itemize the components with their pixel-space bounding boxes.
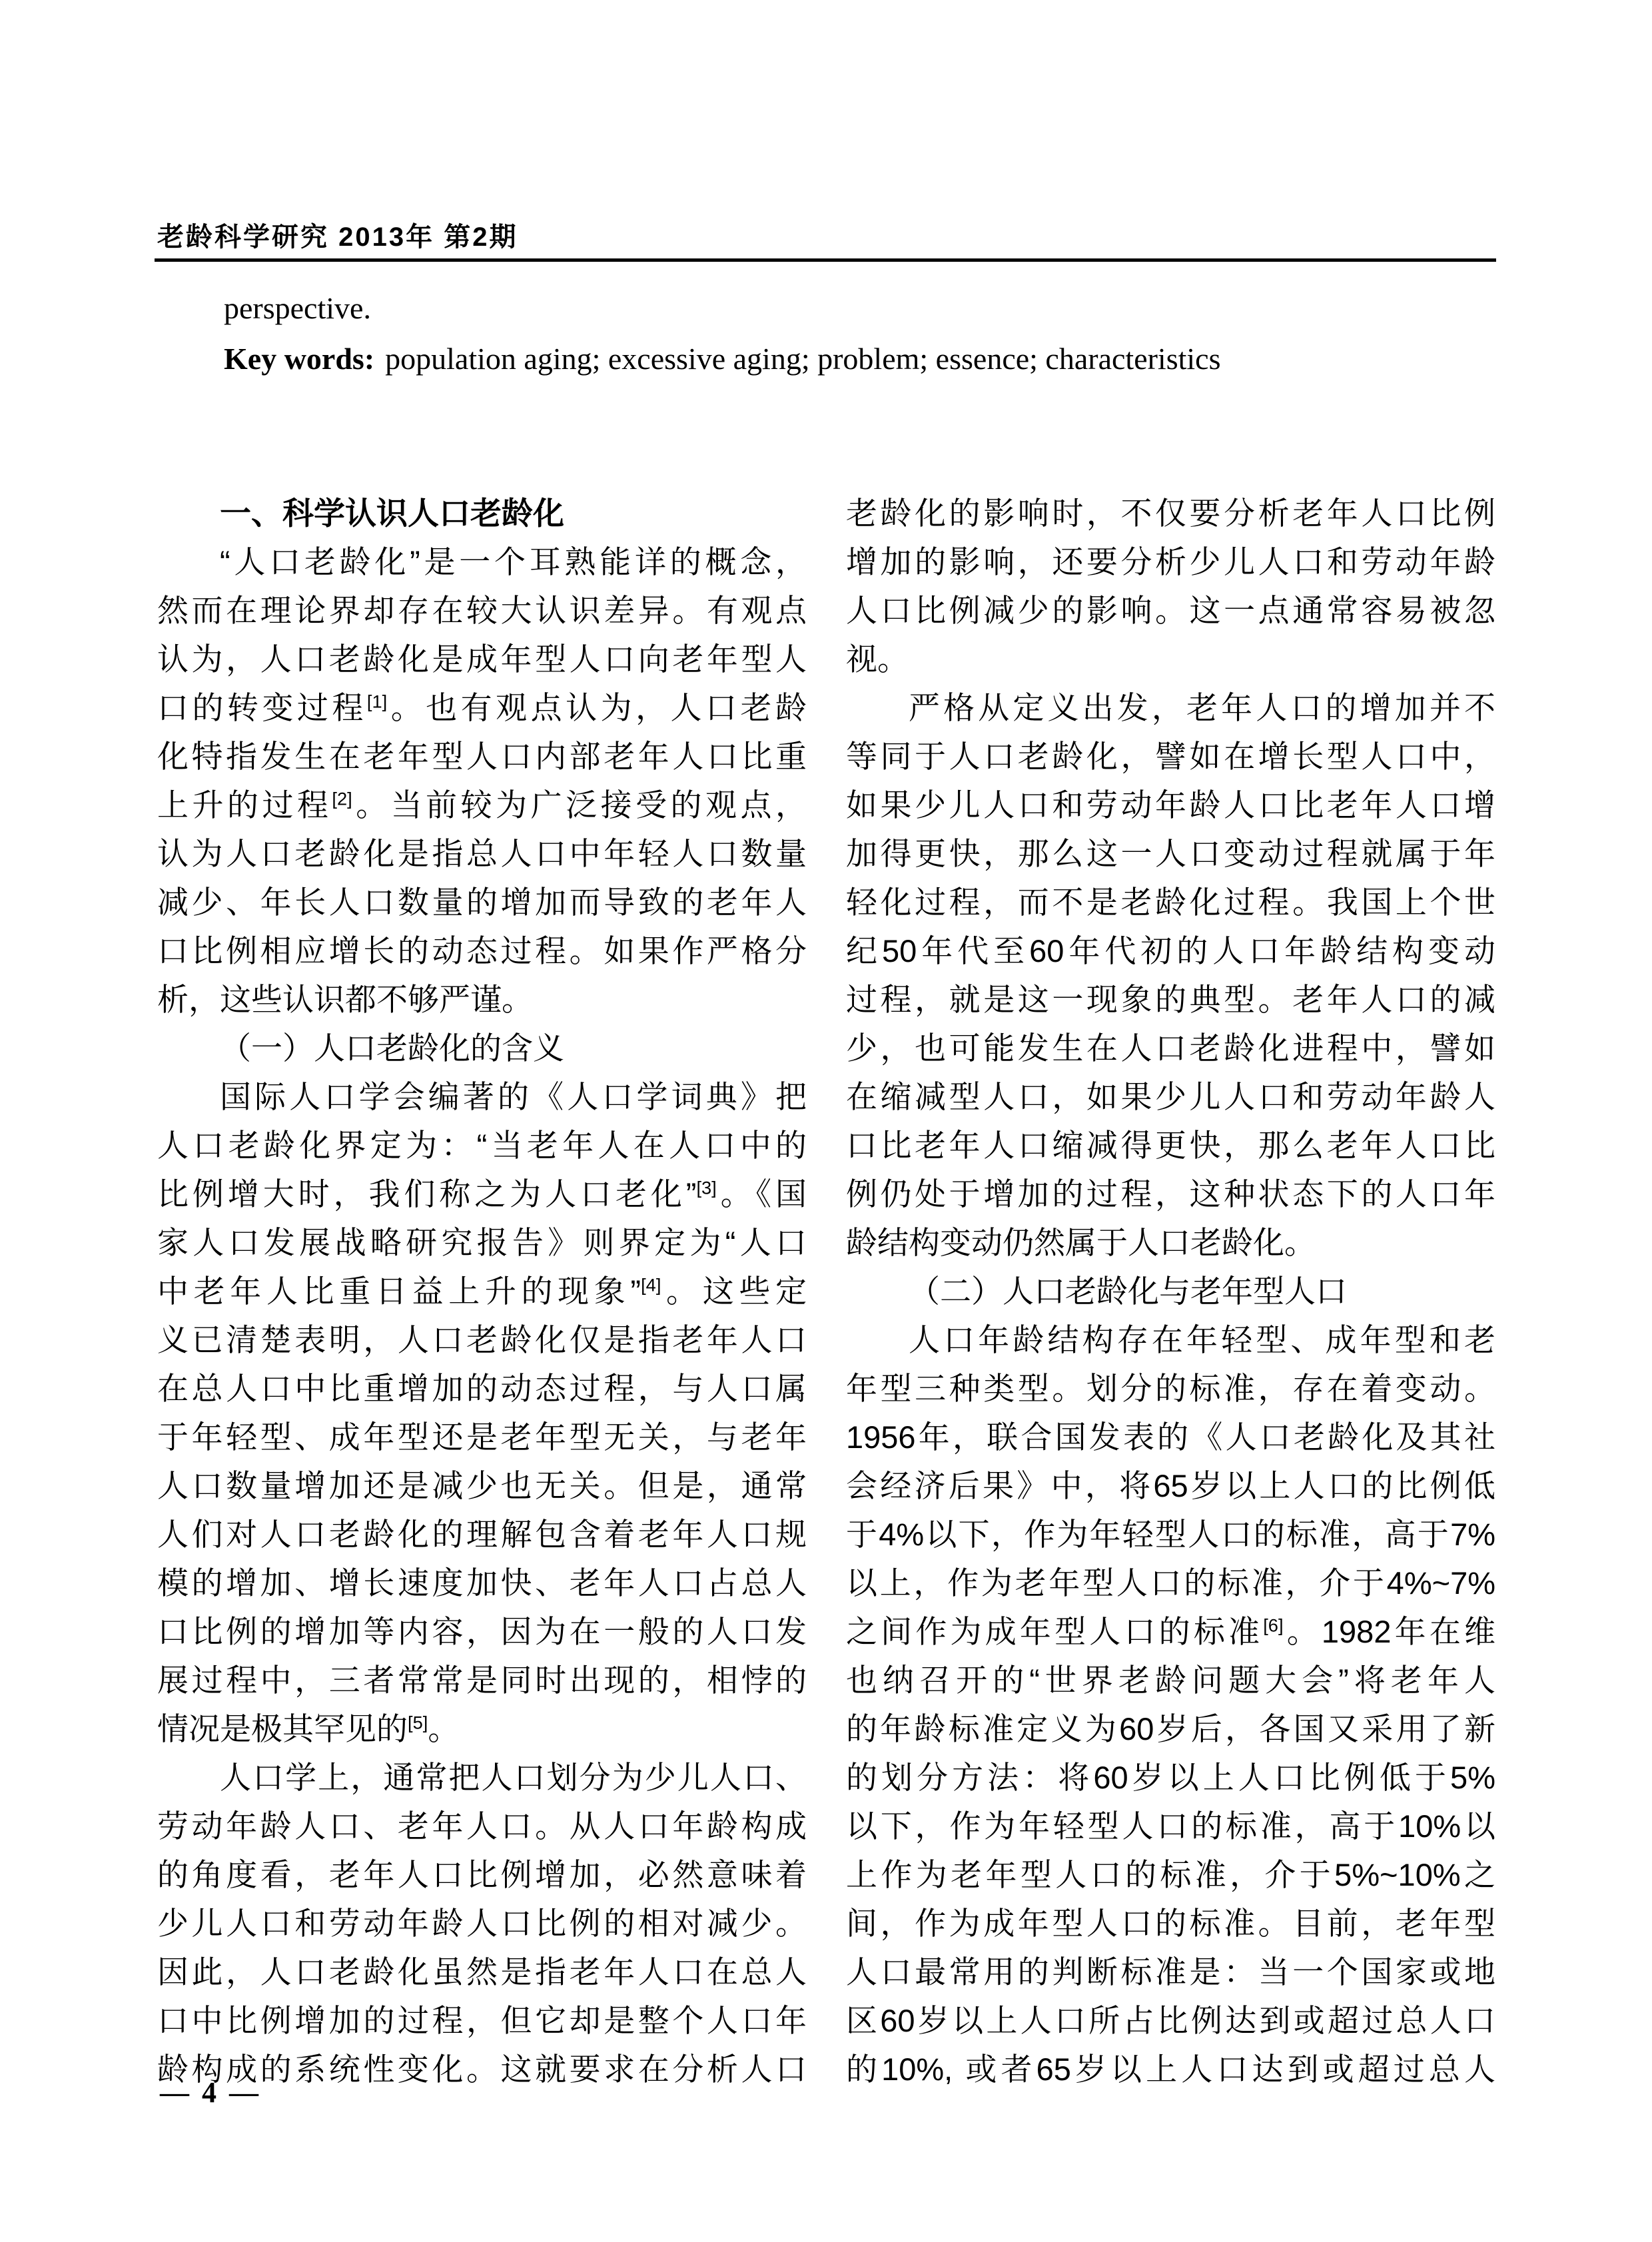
text-line: 减少、年长人口数量的增加而导致的老年人 (157, 878, 807, 927)
text-line: 展过程中，三者常常是同时出现的，相悖的 (157, 1656, 807, 1704)
keywords-line: Key words:population aging; excessive ag… (224, 341, 1221, 376)
text-line: 口中比例增加的过程，但它却是整个人口年 (157, 1996, 807, 2045)
text-line: 析，这些认识都不够严谨。 (157, 975, 807, 1024)
text-line: 情况是极其罕见的[5]。 (157, 1704, 807, 1753)
text-line: 增加的影响，还要分析少儿人口和劳动年龄 (846, 538, 1495, 586)
text-line: 龄结构变动仍然属于人口老龄化。 (846, 1218, 1495, 1267)
text-line: 劳动年龄人口、老年人口。从人口年龄构成 (157, 1802, 807, 1850)
text-line: 的角度看，老年人口比例增加，必然意味着 (157, 1850, 807, 1899)
text-line: 人们对人口老龄化的理解包含着老年人口规 (157, 1510, 807, 1559)
text-line: 老龄化的影响时，不仅要分析老年人口比例 (846, 489, 1495, 538)
text-line: 口的转变过程[1]。也有观点认为，人口老龄 (157, 683, 807, 732)
text-line: 轻化过程，而不是老龄化过程。我国上个世 (846, 878, 1495, 927)
text-line: 在总人口中比重增加的动态过程，与人口属 (157, 1364, 807, 1413)
text-line: 口比老年人口缩减得更快，那么老年人口比 (846, 1121, 1495, 1170)
text-line: 认为人口老龄化是指总人口中年轻人口数量 (157, 829, 807, 878)
text-line: 如果少儿人口和劳动年龄人口比老年人口增 (846, 781, 1495, 829)
subsection-heading: （二）人口老龄化与老年型人口 (846, 1267, 1495, 1315)
text-line: 模的增加、增长速度加快、老年人口占总人 (157, 1559, 807, 1607)
text-line: 口比例相应增长的动态过程。如果作严格分 (157, 927, 807, 975)
text-line: 因此，人口老龄化虽然是指老年人口在总人 (157, 1948, 807, 1996)
keywords-label: Key words: (224, 342, 374, 376)
text-line: 义已清楚表明，人口老龄化仅是指老年人口 (157, 1315, 807, 1364)
text-line: 也纳召开的“世界老龄问题大会”将老年人 (846, 1656, 1495, 1704)
text-line: 的10%, 或者65岁以上人口达到或超过总人 (846, 2045, 1495, 2093)
footnote-marker: [1] (367, 691, 387, 711)
text-line: 少儿人口和劳动年龄人口比例的相对减少。 (157, 1899, 807, 1948)
text-line: 于4%以下，作为年轻型人口的标准，高于7% (846, 1510, 1495, 1559)
text-line: 年型三种类型。划分的标准，存在着变动。 (846, 1364, 1495, 1413)
subsection-heading: （一）人口老龄化的含义 (157, 1024, 807, 1072)
text-line: “人口老龄化”是一个耳熟能详的概念， (157, 538, 807, 586)
text-line: 人口年龄结构存在年轻型、成年型和老 (846, 1315, 1495, 1364)
footnote-marker: [2] (332, 788, 352, 809)
text-line: 的年龄标准定义为60岁后，各国又采用了新 (846, 1704, 1495, 1753)
text-line: 严格从定义出发，老年人口的增加并不 (846, 683, 1495, 732)
footnote-marker: [3] (696, 1177, 716, 1198)
text-line: 于年轻型、成年型还是老年型无关，与老年 (157, 1413, 807, 1461)
text-line: 上作为老年型人口的标准，介于5%~10%之 (846, 1850, 1495, 1899)
text-line: 以下，作为年轻型人口的标准，高于10%以 (846, 1802, 1495, 1850)
text-line: 人口数量增加还是减少也无关。但是，通常 (157, 1461, 807, 1510)
text-line: 中老年人比重日益上升的现象”[4]。这些定 (157, 1267, 807, 1315)
text-line: 比例增大时，我们称之为人口老化”[3]。《国 (157, 1170, 807, 1218)
text-line: 人口老龄化界定为：“当老年人在人口中的 (157, 1121, 807, 1170)
text-line: 少，也可能发生在人口老龄化进程中，譬如 (846, 1024, 1495, 1072)
text-line: 之间作为成年型人口的标准[6]。1982年在维 (846, 1607, 1495, 1656)
abstract-continuation: perspective. (224, 290, 371, 326)
text-line: 1956年，联合国发表的《人口老龄化及其社 (846, 1413, 1495, 1461)
text-line: 然而在理论界却存在较大认识差异。有观点 (157, 586, 807, 635)
text-line: 家人口发展战略研究报告》则界定为“人口 (157, 1218, 807, 1267)
keywords-text: population aging; excessive aging; probl… (385, 342, 1220, 376)
text-line: 间，作为成年型人口的标准。目前，老年型 (846, 1899, 1495, 1948)
text-line: 会经济后果》中，将65岁以上人口的比例低 (846, 1461, 1495, 1510)
text-line: 等同于人口老龄化，譬如在增长型人口中， (846, 732, 1495, 781)
header-rule (155, 258, 1496, 262)
text-line: 视。 (846, 635, 1495, 683)
page: 老龄科学研究 2013年 第2期 perspective. Key words:… (0, 0, 1652, 2242)
text-line: 口比例的增加等内容，因为在一般的人口发 (157, 1607, 807, 1656)
text-line: 纪50年代至60年代初的人口年龄结构变动 (846, 927, 1495, 975)
text-line: 人口学上，通常把人口划分为少儿人口、 (157, 1753, 807, 1802)
page-number: — 4 — (160, 2075, 261, 2109)
text-line: 人口最常用的判断标准是：当一个国家或地 (846, 1948, 1495, 1996)
text-line: 化特指发生在老年型人口内部老年人口比重 (157, 732, 807, 781)
journal-header-text: 老龄科学研究 2013年 第2期 (157, 216, 518, 254)
text-line: 以上，作为老年型人口的标准，介于4%~7% (846, 1559, 1495, 1607)
text-line: 过程，就是这一现象的典型。老年人口的减 (846, 975, 1495, 1024)
left-column: 一、科学认识人口老龄化“人口老龄化”是一个耳熟能详的概念，然而在理论界却存在较大… (157, 489, 807, 2093)
footnote-marker: [5] (408, 1712, 428, 1732)
text-line: 上升的过程[2]。当前较为广泛接受的观点， (157, 781, 807, 829)
text-line: 在缩减型人口，如果少儿人口和劳动年龄人 (846, 1072, 1495, 1121)
section-heading: 一、科学认识人口老龄化 (157, 489, 807, 538)
text-line: 加得更快，那么这一人口变动过程就属于年 (846, 829, 1495, 878)
text-line: 国际人口学会编著的《人口学词典》把 (157, 1072, 807, 1121)
right-column: 老龄化的影响时，不仅要分析老年人口比例增加的影响，还要分析少儿人口和劳动年龄人口… (846, 489, 1495, 2093)
footnote-marker: [6] (1263, 1615, 1283, 1635)
text-line: 人口比例减少的影响。这一点通常容易被忽 (846, 586, 1495, 635)
text-line: 认为，人口老龄化是成年型人口向老年型人 (157, 635, 807, 683)
text-line: 区60岁以上人口所占比例达到或超过总人口 (846, 1996, 1495, 2045)
text-line: 的划分方法：将60岁以上人口比例低于5% (846, 1753, 1495, 1802)
footnote-marker: [4] (641, 1274, 661, 1295)
text-line: 例仍处于增加的过程，这种状态下的人口年 (846, 1170, 1495, 1218)
